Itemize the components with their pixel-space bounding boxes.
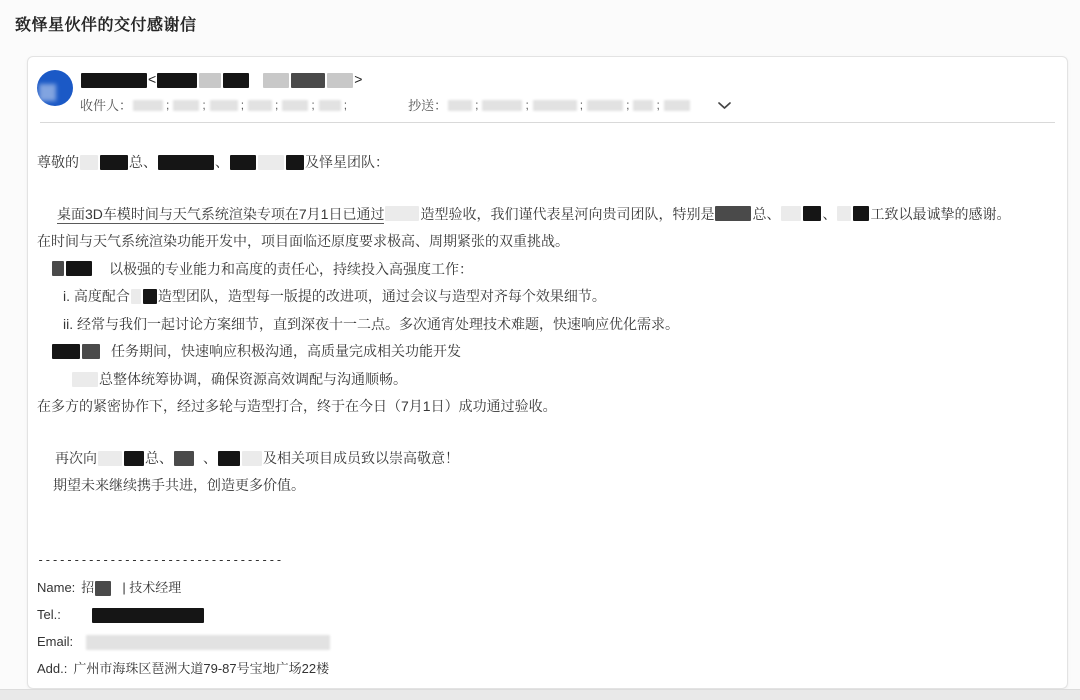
- spacer: [251, 73, 261, 88]
- spacer: [94, 261, 108, 276]
- spacer: [113, 581, 121, 596]
- redaction-box: [533, 100, 577, 111]
- signature-label-email: Email:: [37, 634, 73, 649]
- address-line: 收件人： ;;;;;; 抄送： ;;;;;: [80, 96, 1057, 114]
- text-segment: <: [148, 71, 156, 87]
- spacer: [102, 344, 110, 359]
- text-segment: 在时间与天气系统渲染功能开发中，项目面临还原度要求极高、周期紧张的双重挑战。: [37, 233, 569, 249]
- avatar-patch: [39, 84, 56, 101]
- text-segment: 、: [822, 206, 836, 222]
- text-segment: 期望未来继续携手共进，创造更多价值。: [53, 478, 305, 494]
- redaction-box: [853, 206, 869, 221]
- redaction-box: [80, 155, 98, 170]
- redaction-box: [327, 73, 353, 88]
- sender-avatar[interactable]: [37, 70, 73, 106]
- recipients-redacted: ;;;;;;: [132, 96, 350, 114]
- line-greeting: 尊敬的总、、及怿星团队：: [37, 148, 1057, 176]
- text-segment: 、: [215, 154, 229, 170]
- redaction-box: [223, 73, 249, 88]
- separator-mark: ;: [275, 98, 278, 112]
- text-segment: 及相关项目成员致以崇高敬意！: [263, 450, 459, 466]
- redaction-box: [263, 73, 289, 88]
- line-para2-l2: 期望未来继续携手共进，创造更多价值。: [37, 471, 1057, 499]
- text-segment: 桌面3D车模时间与天气系统渲染专项在7月1日已通过: [57, 206, 384, 224]
- signature-row-tel: Tel.:: [37, 601, 1067, 628]
- text-segment: 广州市海珠区琶洲大道79-87号宝地广场22楼: [73, 661, 329, 676]
- redaction-box: [158, 155, 214, 170]
- line-para1-l2: 在时间与天气系统渲染功能开发中，项目面临还原度要求极高、周期紧张的双重挑战。: [37, 227, 1057, 255]
- text-segment: 、: [203, 450, 217, 466]
- separator-mark: ;: [525, 98, 528, 112]
- redaction-box: [210, 100, 238, 111]
- redaction-box: [100, 155, 128, 170]
- separator-mark: ;: [202, 98, 205, 112]
- redaction-box: [242, 451, 262, 466]
- line-para1-l3: 以极强的专业能力和高度的责任心，持续投入高强度工作：: [37, 255, 1057, 283]
- sender-name-redacted: <>: [80, 70, 1057, 89]
- text-segment: 总、: [752, 206, 780, 222]
- redaction-box: [385, 206, 419, 221]
- redaction-box: [248, 100, 272, 111]
- spacer: [196, 451, 202, 466]
- redaction-box: [72, 372, 98, 387]
- separator-mark: ;: [626, 98, 629, 112]
- separator-mark: ;: [344, 98, 347, 112]
- redaction-box: [837, 206, 851, 221]
- redaction-box: [157, 73, 197, 88]
- email-card: <> 收件人： ;;;;;; 抄送： ;;;;; 尊敬的总、、及怿星团队：桌面3…: [27, 56, 1068, 689]
- recipients-label: 收件人：: [80, 97, 132, 114]
- page-bottom-edge: [0, 689, 1080, 700]
- text-segment: 在多方的紧密协作下，经过多轮与造型打合，终于在今日（7月1日）成功通过验收。: [37, 398, 557, 414]
- redaction-box: [174, 451, 194, 466]
- signature-rows: Name:招| 技术经理Tel.:Email:Add.:广州市海珠区琶洲大道79…: [37, 574, 1067, 682]
- spacer: [68, 608, 90, 623]
- signature-row-email: Email:: [37, 628, 1067, 655]
- text-segment: i. 高度配合: [63, 288, 130, 304]
- signature-block: ---------------------------------- Name:…: [37, 547, 1067, 682]
- text-segment: 造型团队，造型每一版提的改进项，通过会议与造型对齐每个效果细节。: [158, 288, 606, 304]
- redaction-box: [92, 608, 204, 623]
- line-para1-l8: 在多方的紧密协作下，经过多轮与造型打合，终于在今日（7月1日）成功通过验收。: [37, 392, 1057, 420]
- text-segment: 总、: [145, 450, 173, 466]
- redaction-box: [218, 451, 240, 466]
- redaction-box: [82, 344, 100, 359]
- signature-row-name: Name:招| 技术经理: [37, 574, 1067, 601]
- text-segment: 任务期间，快速响应积极沟通，高质量完成相关功能开发: [111, 343, 461, 359]
- separator-mark: ;: [656, 98, 659, 112]
- text-segment: 及怿星团队：: [305, 154, 389, 170]
- signature-row-addr: Add.:广州市海珠区琶洲大道79-87号宝地广场22楼: [37, 655, 1067, 682]
- spacer: [80, 635, 84, 650]
- redaction-box: [131, 289, 141, 304]
- redaction-box: [230, 155, 256, 170]
- text-segment: 招: [81, 580, 94, 595]
- header-rows: <> 收件人： ;;;;;; 抄送： ;;;;;: [80, 70, 1057, 114]
- text-segment: | 技术经理: [122, 580, 181, 595]
- redaction-box: [143, 289, 157, 304]
- redaction-box: [199, 73, 221, 88]
- redaction-box: [715, 206, 751, 221]
- line-para1-l5: ii. 经常与我们一起讨论方案细节，直到深夜十一二点。多次通宵处理技术难题，快速…: [37, 310, 1057, 338]
- signature-label-name: Name:: [37, 580, 75, 595]
- redaction-box: [781, 206, 801, 221]
- redaction-box: [173, 100, 199, 111]
- redaction-box: [95, 581, 111, 596]
- text-segment: 总、: [129, 154, 157, 170]
- email-header: <> 收件人： ;;;;;; 抄送： ;;;;;: [28, 57, 1067, 131]
- text-segment: 再次向: [55, 450, 97, 466]
- separator-mark: ;: [311, 98, 314, 112]
- redaction-box: [98, 451, 122, 466]
- separator-mark: ;: [475, 98, 478, 112]
- redaction-box: [319, 100, 341, 111]
- redaction-box: [86, 635, 330, 650]
- redaction-box: [587, 100, 623, 111]
- separator-mark: ;: [166, 98, 169, 112]
- redaction-box: [633, 100, 653, 111]
- text-segment: 造型验收，我们谨代表星河向贵司团队，特别是: [420, 206, 714, 222]
- text-segment: 尊敬的: [37, 154, 79, 170]
- separator-mark: ;: [241, 98, 244, 112]
- cc-label: 抄送：: [408, 97, 447, 114]
- line-para1-l1: 桌面3D车模时间与天气系统渲染专项在7月1日已通过造型验收，我们谨代表星河向贵司…: [37, 200, 1057, 228]
- text-segment: ii. 经常与我们一起讨论方案细节，直到深夜十一二点。多次通宵处理技术难题，快速…: [63, 316, 679, 332]
- redaction-box: [482, 100, 522, 111]
- separator-mark: ;: [580, 98, 583, 112]
- page-title: 致怿星伙伴的交付感谢信: [15, 12, 197, 35]
- redaction-box: [803, 206, 821, 221]
- signature-divider: ----------------------------------: [37, 547, 1067, 574]
- text-segment: 工致以最诚挚的感谢。: [870, 206, 1010, 222]
- text-segment: >: [354, 71, 362, 87]
- redaction-box: [286, 155, 304, 170]
- redaction-box: [664, 100, 690, 111]
- redaction-box: [258, 155, 284, 170]
- text-segment: 总整体统筹协调，确保资源高效调配与沟通顺畅。: [99, 371, 407, 387]
- line-para2-l1: 再次向总、、及相关项目成员致以崇高敬意！: [37, 444, 1057, 472]
- header-divider: [40, 122, 1055, 123]
- redaction-box: [291, 73, 325, 88]
- line-para1-l4: i. 高度配合造型团队，造型每一版提的改进项，通过会议与造型对齐每个效果细节。: [37, 282, 1057, 310]
- redaction-box: [133, 100, 163, 111]
- redaction-box: [124, 451, 144, 466]
- redaction-box: [52, 261, 64, 276]
- redaction-box: [52, 344, 80, 359]
- signature-label-tel: Tel.:: [37, 607, 61, 622]
- chevron-down-icon[interactable]: [717, 101, 732, 110]
- redaction-box: [81, 73, 147, 88]
- cc-redacted: ;;;;;: [447, 96, 691, 114]
- line-para1-l7: 总整体统筹协调，确保资源高效调配与沟通顺畅。: [37, 365, 1057, 393]
- signature-label-addr: Add.:: [37, 661, 67, 676]
- redaction-box: [448, 100, 472, 111]
- redaction-box: [282, 100, 308, 111]
- line-para1-l6: 任务期间，快速响应积极沟通，高质量完成相关功能开发: [37, 337, 1057, 365]
- email-body: 尊敬的总、、及怿星团队：桌面3D车模时间与天气系统渲染专项在7月1日已通过造型验…: [28, 131, 1067, 499]
- redaction-box: [66, 261, 92, 276]
- text-segment: 以极强的专业能力和高度的责任心，持续投入高强度工作：: [109, 261, 473, 277]
